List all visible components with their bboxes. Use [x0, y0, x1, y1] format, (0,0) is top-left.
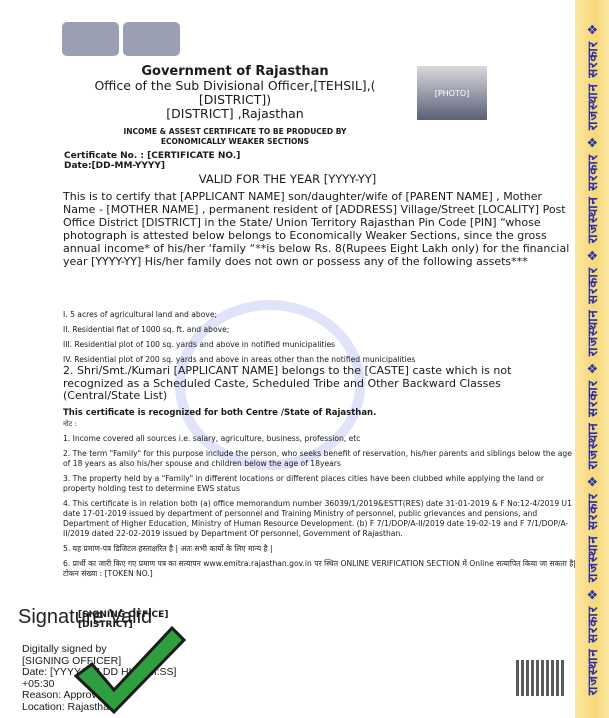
certificate-date: Date:[DD-MM-YYYY]	[64, 161, 240, 171]
note-item: 4. This certificate is in relation both …	[63, 499, 578, 539]
certificate-header: Government of Rajasthan Office of the Su…	[60, 64, 410, 147]
note-item: 3. The property held by a "Family" in di…	[63, 474, 578, 494]
certification-paragraph: This is to certify that [APPLICANT NAME]…	[63, 190, 575, 268]
asset-item: I. 5 acres of agricultural land and abov…	[63, 307, 575, 322]
border-text: राजस्थान सरकार ❖ राजस्थान सरकार ❖ राजस्थ…	[583, 23, 601, 696]
office-line-2: [DISTRICT])	[60, 93, 410, 107]
certificate-number: Certificate No. : [CERTIFICATE NO.]	[64, 151, 240, 161]
government-title: Government of Rajasthan	[60, 64, 410, 79]
certificate-subtitle: INCOME & ASSEST CERTIFICATE TO BE PRODUC…	[60, 127, 410, 147]
note-item: 2. The term "Family" for this purpose in…	[63, 449, 578, 469]
caste-paragraph: 2. Shri/Smt./Kumari [APPLICANT NAME] bel…	[63, 365, 575, 403]
office-line-1: Office of the Sub Divisional Officer,[TE…	[60, 79, 410, 93]
asset-item: II. Residential flat of 1000 sq. ft. and…	[63, 322, 575, 337]
notes-list: 1. Income covered all sources i.e. salar…	[63, 434, 578, 584]
certificate-page: Government of Rajasthan Office of the Su…	[0, 0, 575, 718]
recognition-statement: This certificate is recognized for both …	[63, 408, 376, 418]
certificate-meta: Certificate No. : [CERTIFICATE NO.] Date…	[64, 151, 240, 171]
checkmark-icon	[68, 624, 188, 714]
digital-signature-block: Signature Valid [SIGNING OFFICE] [DISTRI…	[18, 606, 248, 716]
note-item: 1. Income covered all sources i.e. salar…	[63, 434, 578, 444]
decorative-border: राजस्थान सरकार ❖ राजस्थान सरकार ❖ राजस्थ…	[575, 0, 609, 718]
emblem-logos	[62, 22, 180, 56]
asset-list: I. 5 acres of agricultural land and abov…	[63, 307, 575, 367]
validity-heading: VALID FOR THE YEAR [YYYY-YY]	[0, 172, 575, 186]
note-item: 5. यह प्रमाण-पत्र डिजिटल हस्ताक्षरित है …	[63, 544, 578, 554]
office-line-3: [DISTRICT] ,Rajasthan	[60, 107, 410, 121]
applicant-photo: [PHOTO]	[417, 66, 487, 120]
qr-code	[516, 660, 564, 696]
asset-item: III. Residential plot of 100 sq. yards a…	[63, 337, 575, 352]
notes-heading: नोट :	[63, 420, 77, 429]
note-item: 6. प्रार्थी का जारी किए गए प्रमाण पत्र क…	[63, 559, 578, 579]
